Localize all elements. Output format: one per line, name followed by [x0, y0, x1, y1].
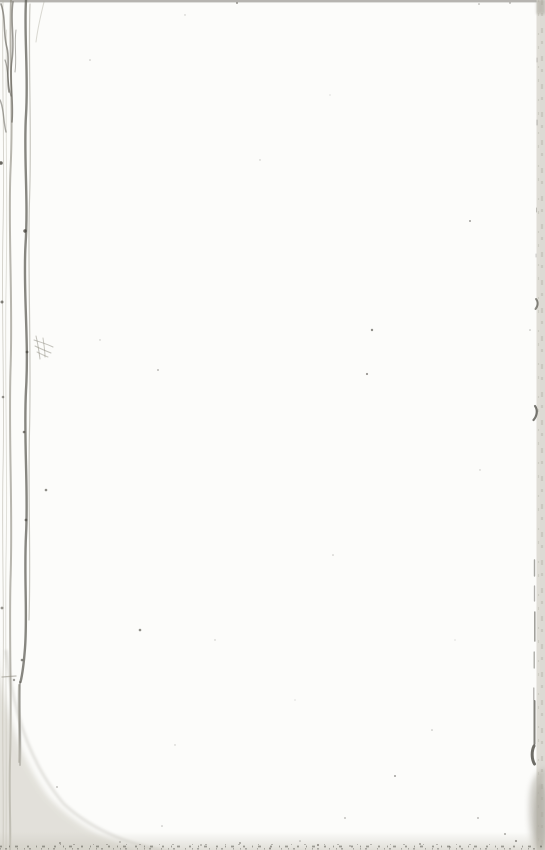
dust-speck	[25, 519, 28, 522]
dust-speck	[299, 840, 301, 842]
right-edge-scan-band	[537, 0, 545, 850]
dust-speck	[509, 2, 511, 4]
dust-speck	[478, 3, 480, 5]
dust-speck	[529, 329, 531, 331]
dust-speck	[349, 845, 351, 847]
right-band-top-dark	[537, 0, 545, 14]
dust-speck	[26, 351, 29, 354]
dust-speck	[174, 744, 175, 745]
dust-speck	[139, 629, 142, 632]
dust-speck	[161, 825, 163, 827]
scanned-book-page	[0, 0, 545, 850]
dust-speck	[329, 94, 330, 95]
dust-speck	[119, 841, 121, 843]
dust-speck	[13, 679, 15, 681]
dust-speck	[317, 844, 319, 846]
dust-speck	[99, 339, 100, 340]
dust-speck	[89, 59, 91, 61]
dust-speck	[294, 699, 295, 700]
dust-speck	[1, 301, 4, 304]
dust-speck	[454, 639, 455, 640]
scribble-stroke	[15, 30, 16, 72]
dust-speck	[419, 843, 421, 845]
top-edge-shadow	[0, 1, 545, 3]
paper-surface	[0, 0, 545, 850]
dust-speck	[477, 817, 479, 819]
dust-speck	[23, 229, 26, 232]
dust-speck	[371, 329, 373, 331]
dust-speck	[344, 817, 346, 819]
dust-speck	[479, 469, 480, 470]
dust-speck	[469, 220, 471, 222]
dust-speck	[1, 607, 4, 610]
dust-speck	[45, 489, 48, 492]
scan-artifacts-canvas	[0, 0, 545, 850]
dust-speck	[515, 840, 517, 842]
dust-speck	[157, 369, 159, 371]
dust-speck	[184, 14, 185, 15]
dust-speck	[504, 833, 506, 835]
right-edge-top-dark-patch	[537, 0, 545, 14]
dust-speck	[236, 2, 238, 4]
dust-speck	[394, 775, 396, 777]
dust-speck	[332, 554, 334, 556]
dust-speck	[239, 842, 241, 844]
dust-speck	[214, 639, 215, 640]
dust-speck	[449, 846, 451, 848]
dust-speck	[431, 729, 433, 731]
dust-speck	[269, 847, 271, 849]
dust-speck	[23, 431, 26, 434]
dust-speck	[56, 786, 58, 788]
dust-speck	[21, 659, 24, 662]
dust-speck	[259, 159, 260, 160]
dust-speck	[59, 842, 61, 844]
dust-speck	[2, 396, 5, 399]
dust-speck	[200, 844, 202, 846]
dust-speck	[366, 373, 368, 375]
